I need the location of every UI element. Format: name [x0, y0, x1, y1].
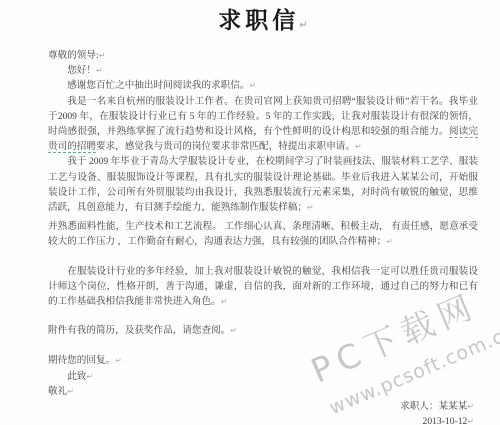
paragraph-skills-text: 并熟悉面料性能，生产技术和工艺流程。 工作细心认真、条理清晰、积极主动， 有责任… — [48, 221, 478, 247]
paragraph-mark-icon: ↵ — [386, 237, 393, 246]
paragraph-mark-icon: ↵ — [307, 203, 314, 212]
paragraph-hello-text: 您好！ — [67, 65, 96, 76]
paragraph-mark-icon: ↵ — [86, 372, 93, 381]
paragraph-mark-icon: ↵ — [299, 20, 307, 31]
salutation: 尊敬的领导:↵ — [48, 48, 478, 63]
closing-cizhi: 此致↵ — [48, 369, 478, 384]
paragraph-hello: 您好！↵ — [48, 63, 478, 78]
paragraph-mark-icon: ↵ — [467, 417, 474, 425]
paragraph-mark-icon: ↵ — [221, 297, 228, 306]
closing-jingli: 敬礼↵ — [48, 384, 478, 399]
paragraph-mark-icon: ↵ — [467, 402, 474, 411]
paragraph-reply-text: 期待您的回复。 — [48, 355, 115, 366]
paragraph-mark-icon: ↵ — [249, 81, 256, 90]
paragraph-attachment: 附件有我的简历，及获奖作品，请您查阅。↵ — [48, 323, 478, 338]
paragraph-education-text: 我于 2009 年毕业于青岛大学服装设计专业，在校期间学习了时装画技法、服装材料… — [48, 156, 478, 213]
paragraph-mark-icon: ↵ — [230, 326, 237, 335]
paragraph-reply: 期待您的回复。↵ — [48, 353, 478, 368]
paragraph-mark-icon: ↵ — [96, 66, 103, 75]
signature-name-text: 求职人：某某某 — [400, 401, 467, 412]
paragraph-intro: 我是一名来自杭州的服装设计工作者。在贵司官网上获知贵司招聘“服装设计师”若干名。… — [48, 94, 478, 155]
salutation-text: 尊敬的领导: — [48, 50, 99, 61]
page-title: 求职信↵ — [48, 6, 478, 41]
closing-jingli-text: 敬礼 — [48, 386, 67, 397]
paragraph-thanks-text: 感谢您百忙之中抽出时间阅读我的求职信。 — [67, 80, 249, 91]
paragraph-intro-text: 我是一名来自杭州的服装设计工作者。在贵司官网上获知贵司招聘“服装设计师”若干名。… — [48, 96, 478, 137]
paragraph-mark-icon: ↵ — [115, 356, 122, 365]
signature-date: 2013-10-12↵ — [48, 414, 478, 425]
paragraph-mark-icon: ↵ — [67, 387, 74, 396]
paragraph-confidence: 在服装设计行业的多年经验，加上我对服装设计敏锐的触觉，我相信我一定可以胜任贵司服… — [48, 264, 478, 310]
paragraph-intro-text-end: 要求，感觉我与贵司的岗位要求非常匹配，特提出求职申请。 — [96, 141, 355, 152]
paragraph-thanks: 感谢您百忙之中抽出时间阅读我的求职信。↵ — [48, 78, 478, 93]
signature-date-text: 2013-10-12 — [423, 416, 468, 425]
paragraph-mark-icon: ↵ — [99, 51, 106, 60]
paragraph-skills: 并熟悉面料性能，生产技术和工艺流程。 工作细心认真、条理清晰、积极主动， 有责任… — [48, 219, 478, 249]
signature-name: 求职人：某某某↵ — [48, 399, 478, 414]
paragraph-confidence-text: 在服装设计行业的多年经验，加上我对服装设计敏锐的触觉，我相信我一定可以胜任贵司服… — [48, 266, 478, 307]
cover-letter-page: 求职信↵ 尊敬的领导:↵ 您好！↵ 感谢您百忙之中抽出时间阅读我的求职信。↵ 我… — [0, 0, 500, 425]
title-text: 求职信 — [218, 8, 299, 33]
paragraph-mark-icon: ↵ — [355, 142, 362, 151]
paragraph-attachment-text: 附件有我的简历，及获奖作品，请您查阅。 — [48, 325, 230, 336]
paragraph-education: 我于 2009 年毕业于青岛大学服装设计专业，在校期间学习了时装画技法、服装材料… — [48, 154, 478, 215]
closing-cizhi-text: 此致 — [67, 371, 86, 382]
